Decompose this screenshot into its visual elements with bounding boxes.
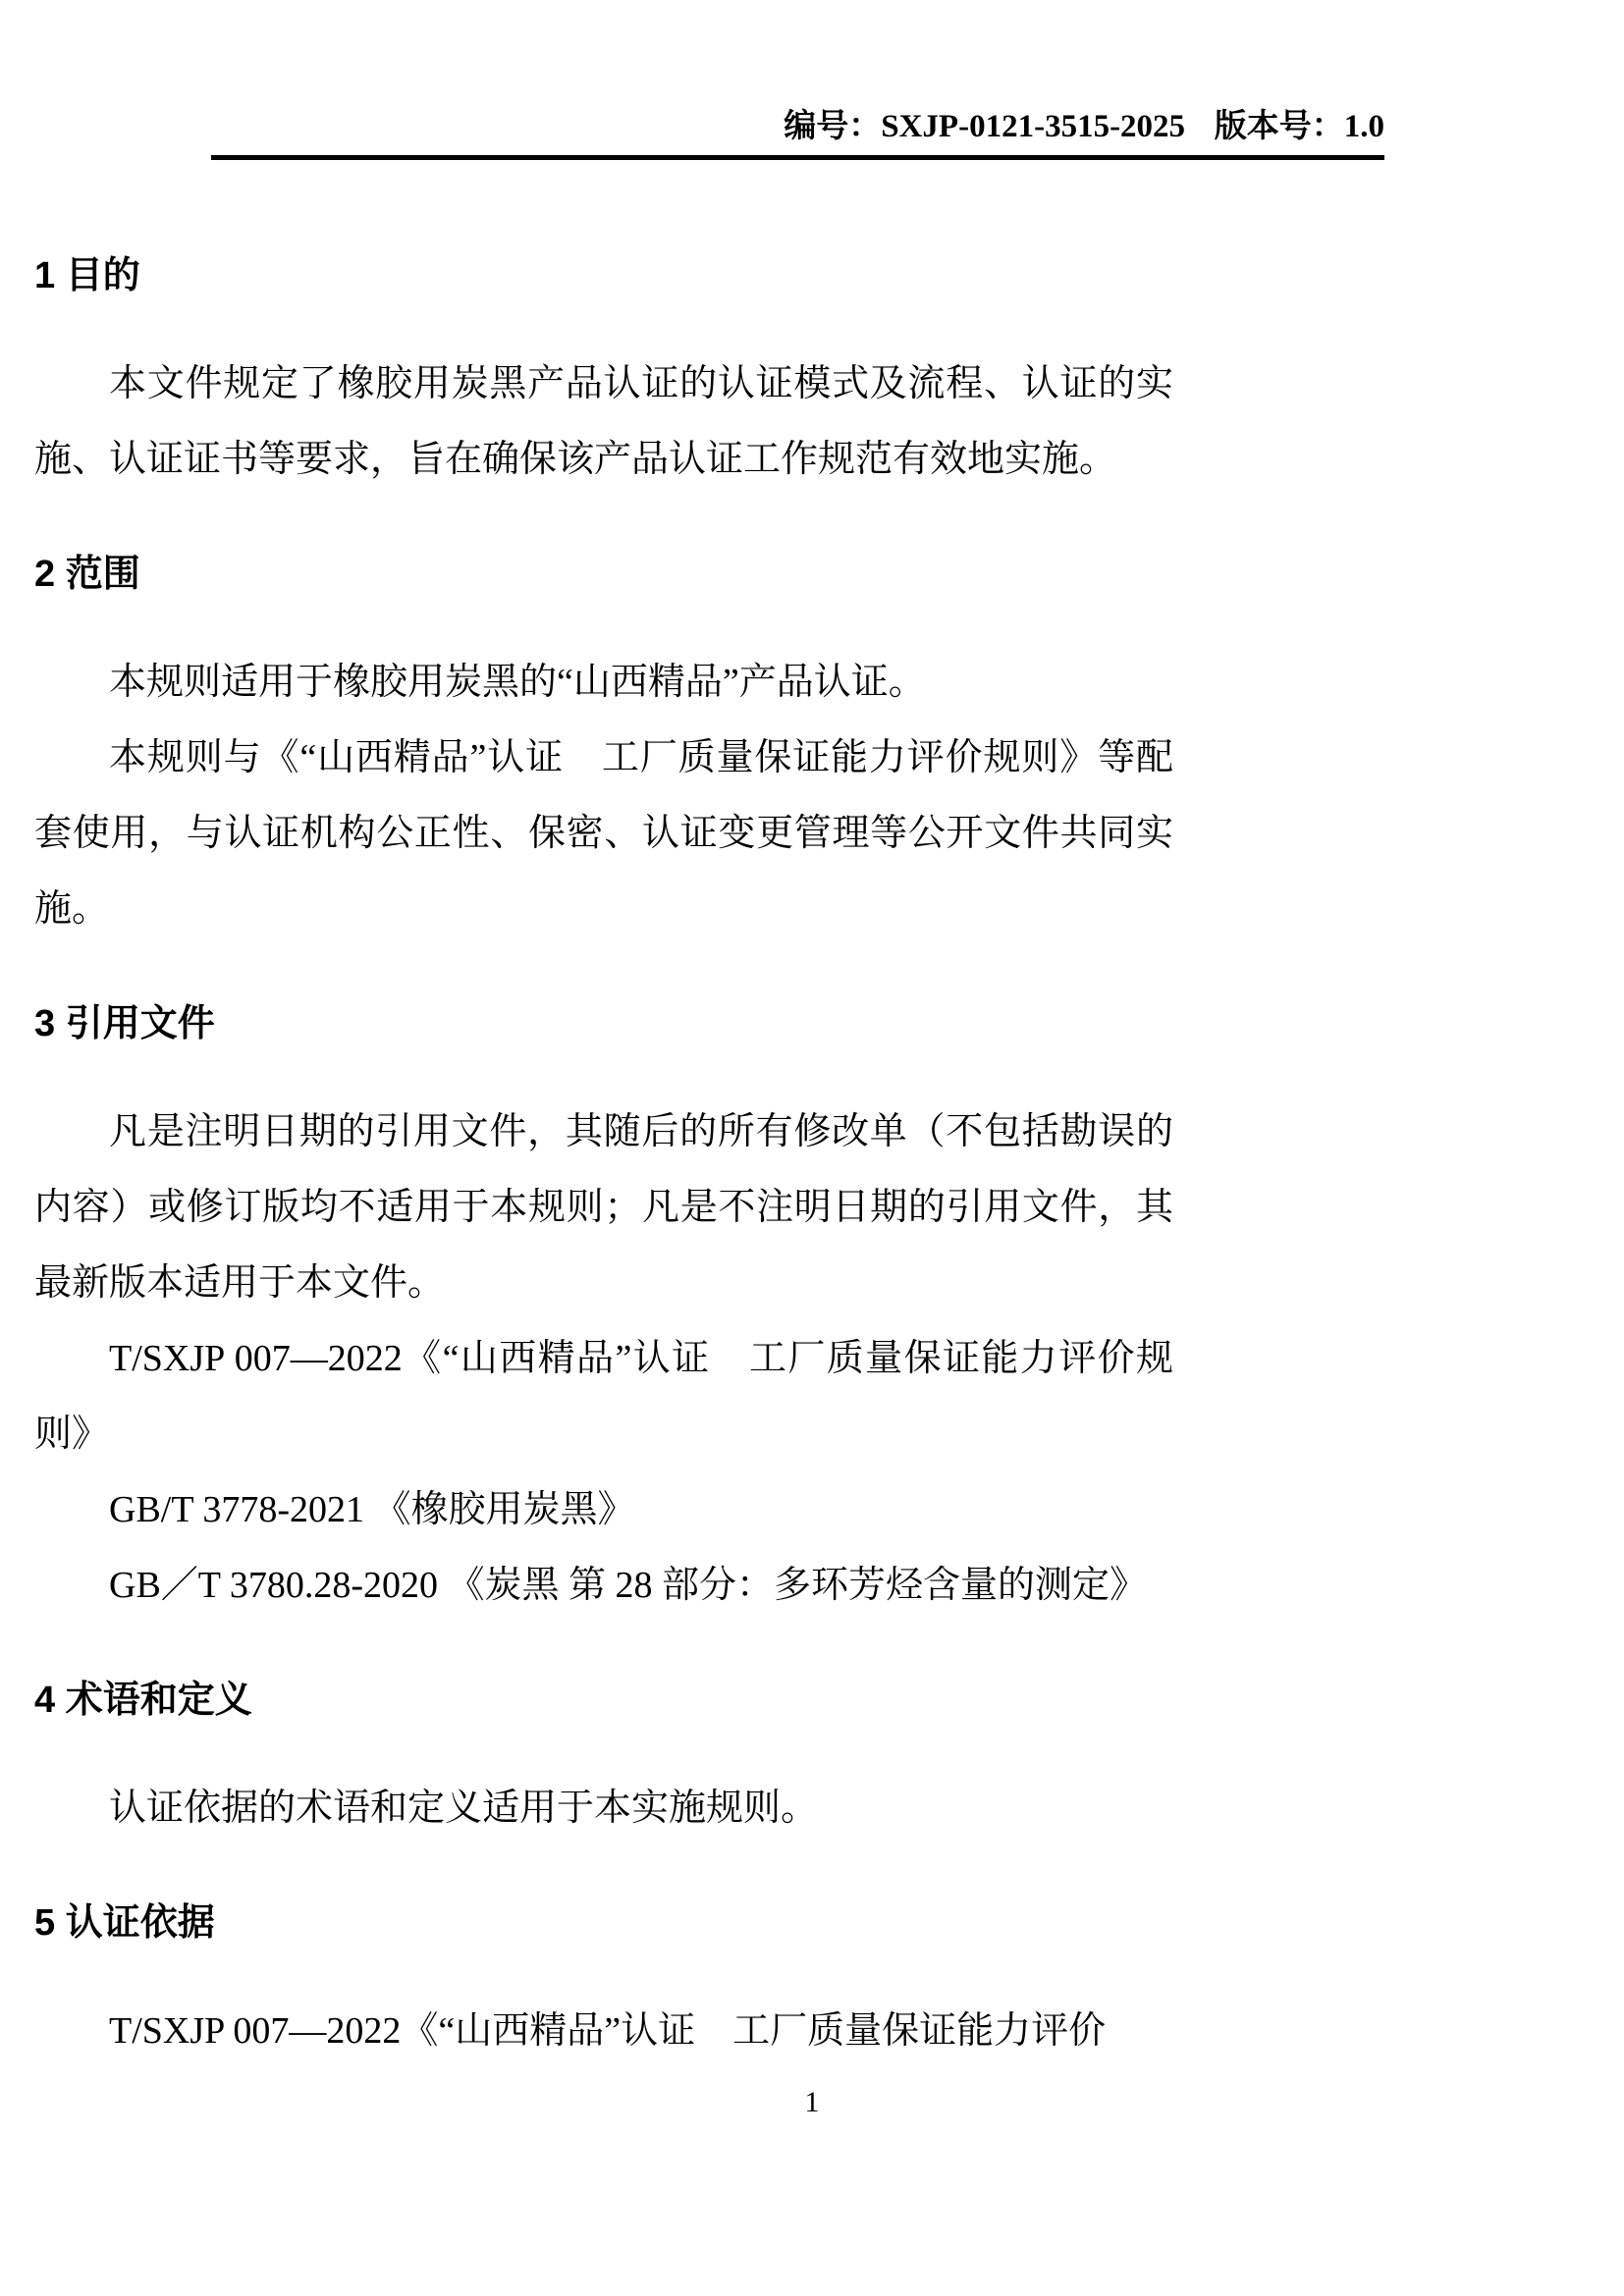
section-heading: 3 引用文件 [34, 987, 1173, 1062]
version-label: 版本号： [1215, 109, 1344, 144]
section-heading: 5 认证依据 [34, 1886, 1173, 1961]
paragraph: 本规则与《“山西精品”认证 工厂质量保证能力评价规则》等配套使用，与认证机构公正… [34, 721, 1173, 947]
doc-number-label: 编号： [784, 109, 881, 144]
page-footer: 1 [0, 2083, 1624, 2122]
section-references: 3 引用文件 凡是注明日期的引用文件，其随后的所有修改单（不包括勘误的内容）或修… [34, 987, 1173, 1624]
section-heading: 4 术语和定义 [34, 1663, 1173, 1738]
section-purpose: 1 目的 本文件规定了橡胶用炭黑产品认证的认证模式及流程、认证的实施、认证证书等… [34, 239, 1173, 498]
version-value: 1.0 [1344, 109, 1384, 144]
page-header: 编号：SXJP-0121-3515-2025版本号：1.0 [211, 0, 1384, 147]
paragraph: 本文件规定了橡胶用炭黑产品认证的认证模式及流程、认证的实施、认证证书等要求，旨在… [34, 347, 1173, 498]
document-body: 1 目的 本文件规定了橡胶用炭黑产品认证的认证模式及流程、认证的实施、认证证书等… [34, 160, 1173, 2069]
doc-number-value: SXJP-0121-3515-2025 [881, 109, 1185, 144]
paragraph: 本规则适用于橡胶用炭黑的“山西精品”产品认证。 [34, 645, 1173, 721]
reference-item: GB／T 3780.28-2020 《炭黑 第 28 部分：多环芳烃含量的测定》 [34, 1548, 1173, 1624]
section-scope: 2 范围 本规则适用于橡胶用炭黑的“山西精品”产品认证。 本规则与《“山西精品”… [34, 537, 1173, 947]
section-heading: 1 目的 [34, 239, 1173, 314]
reference-item: T/SXJP 007—2022《“山西精品”认证 工厂质量保证能力评价规则》 [34, 1321, 1173, 1472]
section-certification-basis: 5 认证依据 T/SXJP 007—2022《“山西精品”认证 工厂质量保证能力… [34, 1886, 1173, 2069]
paragraph: 认证依据的术语和定义适用于本实施规则。 [34, 1771, 1173, 1846]
section-terms: 4 术语和定义 认证依据的术语和定义适用于本实施规则。 [34, 1663, 1173, 1846]
reference-item: GB/T 3778-2021 《橡胶用炭黑》 [34, 1472, 1173, 1548]
page-number: 1 [805, 2086, 820, 2118]
section-heading: 2 范围 [34, 537, 1173, 613]
document-page: 编号：SXJP-0121-3515-2025版本号：1.0 1 目的 本文件规定… [0, 0, 1624, 2296]
paragraph: 凡是注明日期的引用文件，其随后的所有修改单（不包括勘误的内容）或修订版均不适用于… [34, 1095, 1173, 1321]
paragraph: T/SXJP 007—2022《“山西精品”认证 工厂质量保证能力评价 [34, 1994, 1173, 2069]
